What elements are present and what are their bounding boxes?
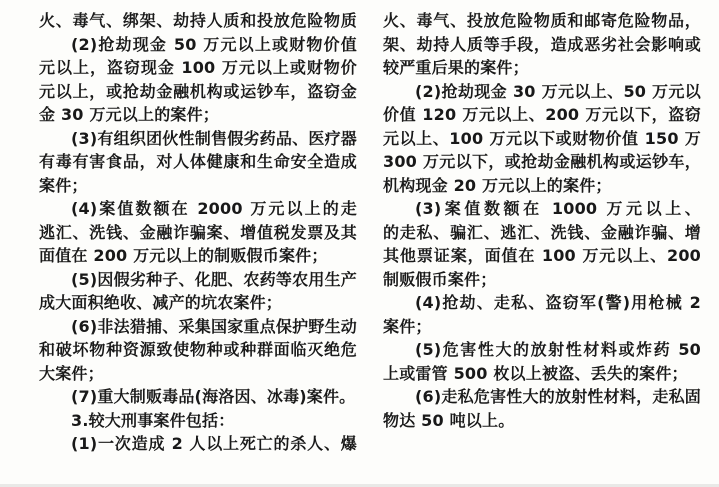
text-line: 案件；	[383, 315, 701, 339]
text-line: 元以上、100 万元以下或财物价值 150 万元以上、	[383, 127, 701, 151]
text-line: 较严重后果的案件；	[383, 56, 701, 80]
text-line: 制贩假币案件；	[383, 268, 701, 292]
scanned-document-page: 火、毒气、绑架、劫持人质和投放危险物质案件；(2)抢劫现金 50 万元以上或财物…	[0, 0, 719, 487]
text-line: (1)一次造成 2 人以上死亡的杀人、爆炸、纵	[39, 432, 357, 456]
text-line: (6)走私危害性大的放射性材料，走私固体废	[383, 385, 701, 409]
text-line: 价值 120 万元以上、200 万元以下，盗窃现金 60 万	[383, 103, 701, 127]
text-line: 300 万元以下，或抢劫金融机构或运钞车，盗窃金融	[383, 150, 701, 174]
text-line: 逃汇、洗钱、金融诈骗案、增值税发票及其他票证案，	[39, 221, 357, 245]
text-line: (3)案值数额在 1000 万元以上、2000 万元以下	[383, 197, 701, 221]
text-line: 的走私、骗汇、逃汇、洗钱、金融诈骗、增值税发票及	[383, 221, 701, 245]
text-line: 机构现金 20 万元以上的案件；	[383, 174, 701, 198]
text-line: 上或雷管 500 枚以上被盗、丢失的案件；	[383, 362, 701, 386]
text-line: 物达 50 吨以上。	[383, 409, 701, 433]
text-line: 火、毒气、绑架、劫持人质和投放危险物质案件；	[39, 9, 357, 33]
text-line: (2)抢劫现金 50 万元以上或财物价值 200 万	[39, 33, 357, 57]
text-line: (2)抢劫现金 30 万元以上、50 万元以下或财物	[383, 80, 701, 104]
text-line: 案件；	[39, 174, 357, 198]
text-line: 元以上，盗窃现金 100 万元以上或财物价值 300 万	[39, 56, 357, 80]
text-column-left: 火、毒气、绑架、劫持人质和投放危险物质案件；(2)抢劫现金 50 万元以上或财物…	[39, 9, 357, 456]
text-line: 火、毒气、投放危险物质和邮寄危险物品，或采取绑	[383, 9, 701, 33]
text-line: (4)抢劫、走私、盗窃军(警)用枪械 2 支以上的	[383, 291, 701, 315]
text-column-right: 火、毒气、投放危险物质和邮寄危险物品，或采取绑架、劫持人质等手段，造成恶劣社会影…	[383, 9, 701, 432]
text-line: 3.较大刑事案件包括：	[39, 409, 357, 433]
text-line: 面值在 200 万元以上的制贩假币案件；	[39, 244, 357, 268]
text-line: (5)危害性大的放射性材料或炸药 50 公斤以	[383, 338, 701, 362]
text-line: 元以上，或抢劫金融机构或运钞车，盗窃金融机构现	[39, 80, 357, 104]
text-line: 大案件；	[39, 362, 357, 386]
text-line: (7)重大制贩毒品(海洛因、冰毒)案件。	[39, 385, 357, 409]
text-line: (5)因假劣种子、化肥、农药等农用生产资料造	[39, 268, 357, 292]
text-line: (6)非法猎捕、采集国家重点保护野生动植物	[39, 315, 357, 339]
text-line: 成大面积绝收、减产的坑农案件；	[39, 291, 357, 315]
text-line: 架、劫持人质等手段，造成恶劣社会影响或可能造成	[383, 33, 701, 57]
text-line: 和破坏物种资源致使物种或种群面临灭绝危险的重	[39, 338, 357, 362]
text-line: 有毒有害食品，对人体健康和生命安全造成威胁的	[39, 150, 357, 174]
text-line: 其他票证案，面值在 100 万元以上、200 万元以下的	[383, 244, 701, 268]
text-line: 金 30 万元以上的案件；	[39, 103, 357, 127]
text-line: (4)案值数额在 2000 万元以上的走私、骗汇、	[39, 197, 357, 221]
text-line: (3)有组织团伙性制售假劣药品、医疗器械和	[39, 127, 357, 151]
